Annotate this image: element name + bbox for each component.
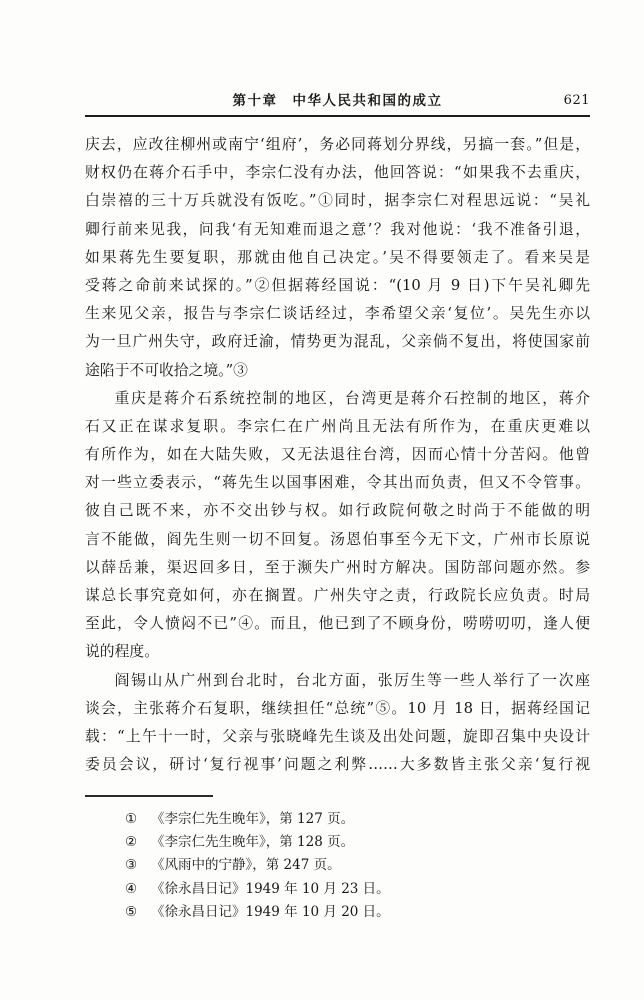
text-line: 受蒋之命前来试探的。”②但据蒋经国说：“(10 月 9 日)下午吴礼卿先 [85,272,590,300]
text-line: 说的程度。 [85,638,590,666]
footnote-separator [85,795,213,797]
text-line: 委员会议，研讨‘复行视事’问题之利弊……大多数皆主张父亲‘复行视 [85,751,590,779]
footnote: ③ 《风雨中的宁静》，第 247 页。 [85,854,590,877]
text-line: 生来见父亲，报告与李宗仁谈话经过，李希望父亲‘复位’。吴先生亦以 [85,300,590,328]
text-line: 对一些立委表示，“蒋先生以国事困难，令其出而负责，但又不令管事。 [85,469,590,497]
text-line: 至此，令人愤闷不已”④。而且，他已到了不顾身份，唠唠叨叨，逢人便 [85,610,590,638]
footnote-text: 《李宗仁先生晚年》，第 128 页。 [151,831,590,854]
text-line: 载：“上午十一时，父亲与张晓峰先生谈及出处问题，旋即召集中央设计 [85,723,590,751]
footnote: ④ 《徐永昌日记》1949 年 10 月 23 日。 [85,878,590,901]
text-line: 重庆是蒋介石系统控制的地区，台湾更是蒋介石控制的地区，蒋介 [85,385,590,413]
text-line: 庆去，应改往柳州或南宁‘组府’，务必同蒋划分界线，另搞一套。”但是， [85,131,590,159]
running-header: 第十章 中华人民共和国的成立 621 [85,92,590,112]
text-line: 如果蒋先生要复职，那就由他自己决定。’吴不得要领走了。看来吴是 [85,244,590,272]
chapter-title: 第十章 中华人民共和国的成立 [85,92,590,110]
footnote: ⑤ 《徐永昌日记》1949 年 10 月 20 日。 [85,901,590,924]
footnotes: ① 《李宗仁先生晚年》，第 127 页。 ② 《李宗仁先生晚年》，第 128 页… [85,808,590,924]
text-line: 谈会，主张蒋介石复职，继续担任“总统”⑤。10 月 18 日，据蒋经国记 [85,695,590,723]
text-line: 石又正在谋求复职。李宗仁在广州尚且无法有所作为，在重庆更难以 [85,413,590,441]
footnote-marker: ⑤ [125,901,151,924]
text-line: 以薛岳兼，渠迟回多日，至于濒失广州时方解决。国防部问题亦然。参 [85,554,590,582]
text-line: 白崇禧的三十万兵就没有饭吃。”①同时，据李宗仁对程思远说：“吴礼 [85,187,590,215]
footnote-marker: ④ [125,878,151,901]
text-line: 谋总长事究竟如何，亦在搁置。广州失守之责，行政院长应负责。时局 [85,582,590,610]
text-line: 财权仍在蒋介石手中，李宗仁没有办法，他回答说：“如果我不去重庆， [85,159,590,187]
footnote-text: 《徐永昌日记》1949 年 10 月 20 日。 [151,901,590,924]
footnote-marker: ① [125,808,151,831]
footnote-marker: ③ [125,854,151,877]
header-rule [85,115,590,117]
text-line: 彼自己既不来，亦不交出钞与权。如行政院何敬之时尚于不能做的明 [85,497,590,525]
text-line: 卿行前来见我，问我‘有无知难而退之意’？我对他说：‘我不准备引退， [85,216,590,244]
footnote-marker: ② [125,831,151,854]
footnote-text: 《李宗仁先生晚年》，第 127 页。 [151,808,590,831]
footnote-text: 《徐永昌日记》1949 年 10 月 23 日。 [151,878,590,901]
footnote-text: 《风雨中的宁静》，第 247 页。 [151,854,590,877]
footnote: ② 《李宗仁先生晚年》，第 128 页。 [85,831,590,854]
book-page: 第十章 中华人民共和国的成立 621 庆去，应改往柳州或南宁‘组府’，务必同蒋划… [0,0,644,1000]
footnote: ① 《李宗仁先生晚年》，第 127 页。 [85,808,590,831]
text-line: 阎锡山从广州到台北时，台北方面，张厉生等一些人举行了一次座 [85,667,590,695]
text-line: 途陷于不可收拾之境。”③ [85,357,590,385]
page-number: 621 [564,93,590,108]
text-line: 有所作为，如在大陆失败，又无法退往台湾，因而心情十分苦闷。他曾 [85,441,590,469]
text-line: 为一旦广州失守，政府迁渝，情势更为混乱，父亲倘不复出，将使国家前 [85,328,590,356]
body-text: 庆去，应改往柳州或南宁‘组府’，务必同蒋划分界线，另搞一套。”但是， 财权仍在蒋… [85,131,590,779]
text-line: 言不能做，阎先生则一切不回复。汤恩伯事至今无下文，广州市长原说 [85,526,590,554]
